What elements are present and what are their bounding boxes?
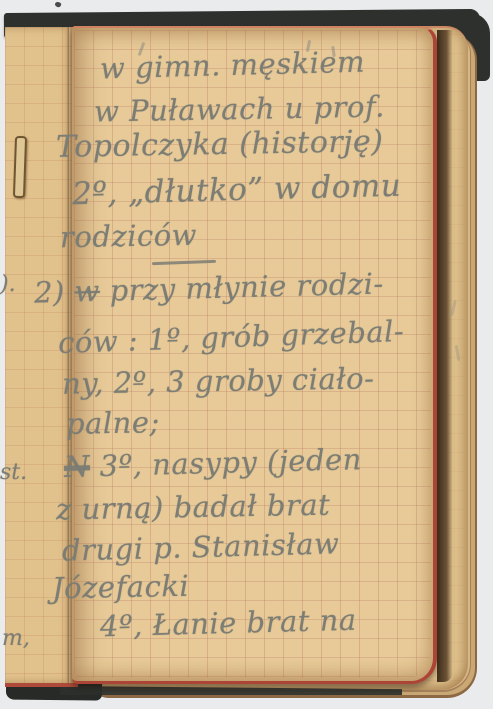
- scanned-notebook-photo: w gimn. męskiem w Puławach u prof. Topol…: [0, 0, 493, 709]
- binding-staple: [13, 136, 27, 198]
- previous-page-edge: [5, 27, 78, 687]
- scan-speck: [54, 1, 62, 8]
- page-gap-shadow: [437, 30, 453, 682]
- notebook-page: [72, 26, 437, 684]
- gutter-crease: [67, 27, 70, 683]
- squared-grid: [74, 30, 431, 678]
